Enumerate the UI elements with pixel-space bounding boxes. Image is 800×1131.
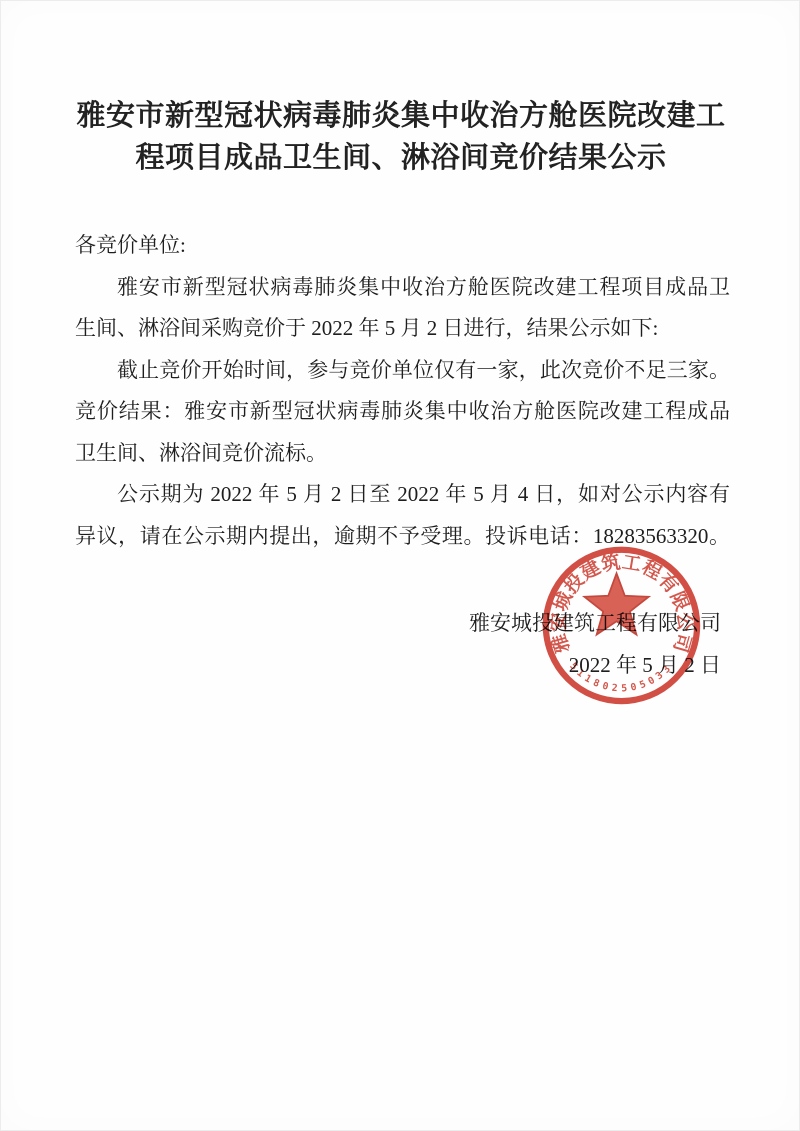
body-line: 异议，请在公示期内提出，逾期不予受理。投诉电话：18283563320。 [75, 516, 730, 558]
body-line: 卫生间、淋浴间竞价流标。 [75, 433, 730, 475]
body-line: 截止竞价开始时间，参与竞价单位仅有一家，此次竞价不足三家。 [75, 350, 730, 392]
body-line: 生间、淋浴间采购竞价于 2022 年 5 月 2 日进行，结果公示如下: [75, 308, 730, 350]
document-title: 雅安市新型冠状病毒肺炎集中收治方舱医院改建工 程项目成品卫生间、淋浴间竞价结果公… [74, 95, 728, 179]
signature-company: 雅安城投建筑工程有限公司 [469, 603, 721, 645]
body-line: 雅安市新型冠状病毒肺炎集中收治方舱医院改建工程项目成品卫 [75, 267, 730, 309]
document-body: 各竞价单位: 雅安市新型冠状病毒肺炎集中收治方舱医院改建工程项目成品卫 生间、淋… [75, 225, 730, 557]
title-line-1: 雅安市新型冠状病毒肺炎集中收治方舱医院改建工 [74, 95, 728, 137]
scanned-document-page: 雅安市新型冠状病毒肺炎集中收治方舱医院改建工 程项目成品卫生间、淋浴间竞价结果公… [0, 0, 800, 1131]
signature-block: 雅安城投建筑工程有限公司 2022 年 5 月 2 日 [469, 603, 721, 686]
salutation-line: 各竞价单位: [75, 225, 730, 267]
body-line: 公示期为 2022 年 5 月 2 日至 2022 年 5 月 4 日，如对公示… [75, 474, 730, 516]
body-line: 竞价结果：雅安市新型冠状病毒肺炎集中收治方舱医院改建工程成品 [75, 391, 730, 433]
signature-date: 2022 年 5 月 2 日 [469, 645, 721, 687]
title-line-2: 程项目成品卫生间、淋浴间竞价结果公示 [74, 137, 728, 179]
